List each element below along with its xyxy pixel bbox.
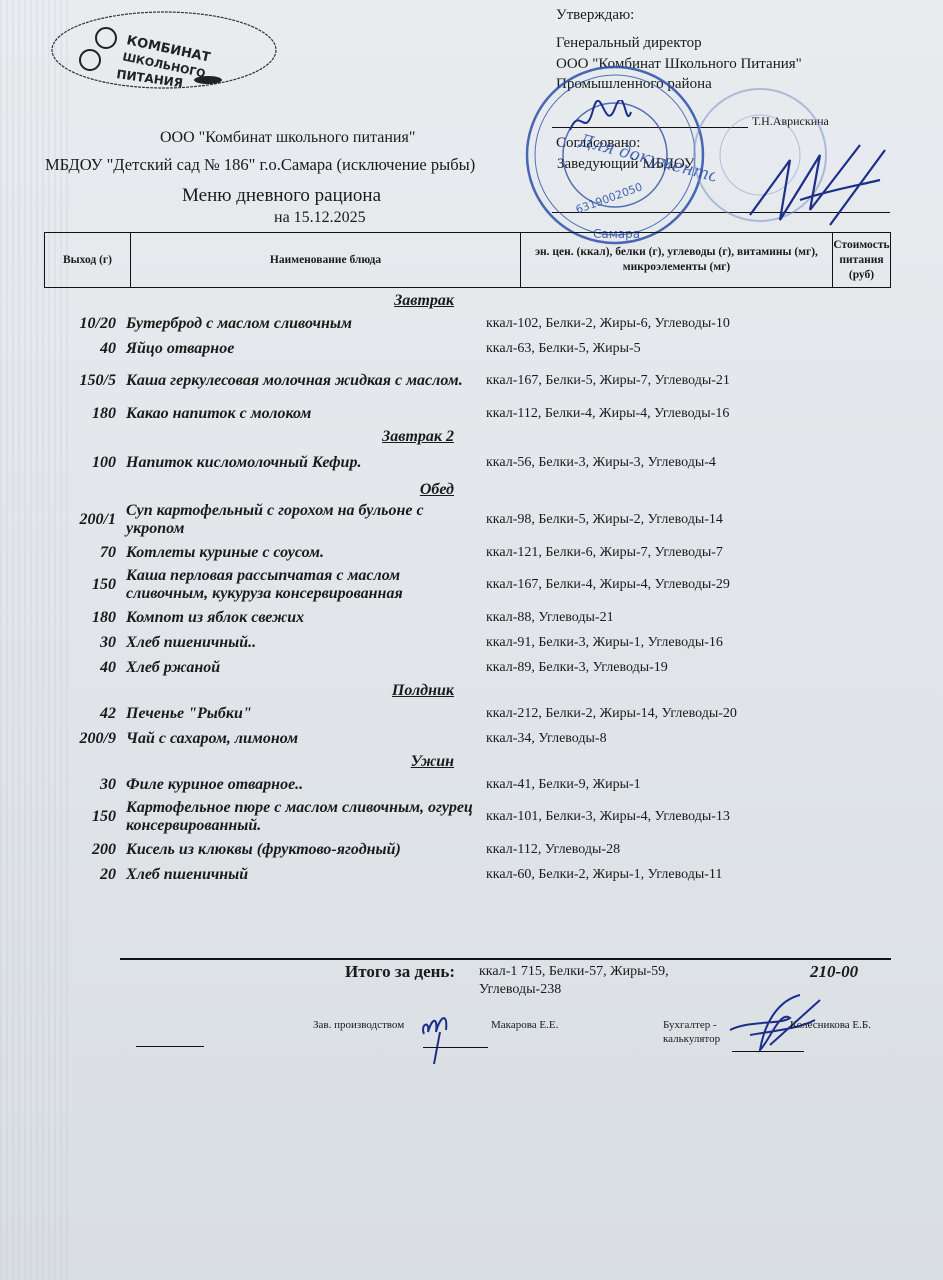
blank-signature-line [136, 1046, 204, 1047]
row-nutrition: ккал-212, Белки-2, Жиры-14, Углеводы-20 [484, 706, 816, 722]
director-position: Генеральный директор [556, 34, 702, 53]
table-row: 40 Хлеб ржанойккал-89, Белки-3, Углеводы… [44, 655, 891, 680]
row-yield: 42 [44, 705, 122, 723]
table-row: 150/5Каша геркулесовая молочная жидкая с… [44, 361, 891, 401]
school-kitchen-logo-icon: КОМБИНАТ ШКОЛЬНОГО ПИТАНИЯ [48, 8, 280, 92]
row-yield: 30 [44, 634, 122, 652]
row-nutrition: ккал-167, Белки-4, Жиры-4, Углеводы-29 [484, 577, 816, 593]
header-cost: Стоимость питания (руб) [833, 233, 890, 287]
table-row: 180Компот из яблок свежихккал-88, Углево… [44, 605, 891, 630]
menu-table-body: Завтрак 10/20Бутерброд с маслом сливочны… [44, 290, 891, 887]
row-dish: Хлеб ржаной [122, 659, 484, 677]
totals-nutrition: ккал-1 715, Белки-57, Жиры-59, Углеводы-… [479, 963, 719, 999]
row-dish: Котлеты куриные с соусом. [122, 544, 484, 562]
table-row: 40Яйцо отварноеккал-63, Белки-5, Жиры-5 [44, 336, 891, 361]
row-yield: 180 [44, 609, 122, 627]
row-yield: 200/9 [44, 730, 122, 748]
row-yield: 150 [44, 808, 122, 826]
row-yield: 10/20 [44, 315, 122, 333]
head-signature-icon [740, 140, 890, 230]
approve-label: Утверждаю: [556, 6, 634, 25]
table-row: 30Филе куриное отварное..ккал-41, Белки-… [44, 772, 891, 797]
row-nutrition: ккал-56, Белки-3, Жиры-3, Углеводы-4 [484, 455, 816, 471]
page-title: Меню дневного рациона [182, 186, 381, 206]
row-dish: Суп картофельный с горохом на бульоне с … [122, 502, 484, 538]
table-row: 20Хлеб пшеничныйккал-60, Белки-2, Жиры-1… [44, 862, 891, 887]
row-nutrition: ккал-112, Белки-4, Жиры-4, Углеводы-16 [484, 406, 816, 422]
section-snack: Полдник [44, 680, 454, 701]
row-dish: Кисель из клюквы (фруктово-ягодный) [122, 841, 484, 859]
header-dish: Наименование блюда [131, 233, 521, 287]
row-nutrition: ккал-91, Белки-3, Жиры-1, Углеводы-16 [484, 635, 816, 651]
totals-divider [120, 958, 891, 960]
table-row: 150Каша перловая рассыпчатая с маслом сл… [44, 565, 891, 605]
row-yield: 180 [44, 405, 122, 423]
row-nutrition: ккал-88, Углеводы-21 [484, 610, 816, 626]
org-name: ООО "Комбинат школьного питания" [160, 128, 415, 148]
table-row: 10/20Бутерброд с маслом сливочнымккал-10… [44, 311, 891, 336]
row-dish: Яйцо отварное [122, 340, 484, 358]
accountant-name: Колесникова Е.Б. [790, 1018, 871, 1032]
row-dish: Картофельное пюре с маслом сливочным, ог… [122, 799, 484, 835]
table-row: 200/1Суп картофельный с горохом на бульо… [44, 500, 891, 540]
menu-table-header: Выход (г) Наименование блюда эн. цен. (к… [44, 232, 891, 288]
table-row: 150Картофельное пюре с маслом сливочным,… [44, 797, 891, 837]
row-dish: Каша геркулесовая молочная жидкая с масл… [122, 372, 484, 390]
production-label: Зав. производством [313, 1018, 404, 1032]
table-row: 70Котлеты куриные с соусом.ккал-121, Бел… [44, 540, 891, 565]
row-dish: Бутерброд с маслом сливочным [122, 315, 484, 333]
section-breakfast-2: Завтрак 2 [44, 426, 454, 447]
row-nutrition: ккал-167, Белки-5, Жиры-7, Углеводы-21 [484, 373, 816, 389]
table-row: 100Напиток кисломолочный Кефир.ккал-56, … [44, 447, 891, 479]
production-name: Макарова Е.Е. [491, 1018, 558, 1032]
row-yield: 150 [44, 576, 122, 594]
row-dish: Напиток кисломолочный Кефир. [122, 454, 484, 472]
row-yield: 200 [44, 841, 122, 859]
production-signature-icon [418, 1006, 458, 1066]
row-yield: 40 [44, 340, 122, 358]
row-dish: Печенье "Рыбки" [122, 705, 484, 723]
row-nutrition: ккал-101, Белки-3, Жиры-4, Углеводы-13 [484, 809, 816, 825]
row-nutrition: ккал-89, Белки-3, Углеводы-19 [484, 660, 816, 676]
totals-label: Итого за день: [345, 962, 455, 982]
row-dish: Хлеб пшеничный.. [122, 634, 484, 652]
row-yield: 200/1 [44, 511, 122, 529]
header-yield: Выход (г) [45, 233, 131, 287]
section-breakfast: Завтрак [44, 290, 454, 311]
head-position: Заведующий МБДОУ [557, 155, 695, 174]
row-nutrition: ккал-121, Белки-6, Жиры-7, Углеводы-7 [484, 545, 816, 561]
row-nutrition: ккал-34, Углеводы-8 [484, 731, 816, 747]
accountant-signature-line [732, 1051, 804, 1052]
row-dish: Хлеб пшеничный [122, 866, 484, 884]
row-yield: 40 [44, 659, 122, 677]
table-row: 30Хлеб пшеничный..ккал-91, Белки-3, Жиры… [44, 630, 891, 655]
row-yield: 30 [44, 776, 122, 794]
row-nutrition: ккал-98, Белки-5, Жиры-2, Углеводы-14 [484, 512, 816, 528]
company-logo: КОМБИНАТ ШКОЛЬНОГО ПИТАНИЯ [48, 8, 280, 92]
director-district: Промышленного района [556, 75, 712, 94]
row-nutrition: ккал-112, Углеводы-28 [484, 842, 816, 858]
row-nutrition: ккал-41, Белки-9, Жиры-1 [484, 777, 816, 793]
row-nutrition: ккал-60, Белки-2, Жиры-1, Углеводы-11 [484, 867, 816, 883]
table-row: 200Кисель из клюквы (фруктово-ягодный)кк… [44, 837, 891, 862]
director-name: Т.Н.Аврискина [752, 112, 829, 131]
row-yield: 20 [44, 866, 122, 884]
director-signature-icon [565, 100, 635, 140]
production-signature-line [423, 1047, 488, 1048]
table-row: 200/9Чай с сахаром, лимономккал-34, Угле… [44, 726, 891, 751]
section-lunch: Обед [44, 479, 454, 500]
menu-date: на 15.12.2025 [274, 208, 366, 228]
row-dish: Какао напиток с молоком [122, 405, 484, 423]
row-nutrition: ккал-102, Белки-2, Жиры-6, Углеводы-10 [484, 316, 816, 332]
institution-name: МБДОУ "Детский сад № 186" г.о.Самара (ис… [45, 155, 475, 175]
row-yield: 70 [44, 544, 122, 562]
director-company: ООО "Комбинат Школьного Питания" [556, 55, 802, 74]
row-yield: 150/5 [44, 372, 122, 390]
table-row: 180Какао напиток с молокомккал-112, Белк… [44, 401, 891, 426]
row-dish: Каша перловая рассыпчатая с маслом сливо… [122, 567, 484, 603]
row-dish: Филе куриное отварное.. [122, 776, 484, 794]
section-dinner: Ужин [44, 751, 454, 772]
row-dish: Чай с сахаром, лимоном [122, 730, 484, 748]
row-dish: Компот из яблок свежих [122, 609, 484, 627]
row-yield: 100 [44, 454, 122, 472]
table-row: 42Печенье "Рыбки"ккал-212, Белки-2, Жиры… [44, 701, 891, 726]
row-nutrition: ккал-63, Белки-5, Жиры-5 [484, 341, 816, 357]
header-nutrition: эн. цен. (ккал), белки (г), углеводы (г)… [521, 233, 833, 287]
totals-cost: 210-00 [810, 962, 858, 982]
